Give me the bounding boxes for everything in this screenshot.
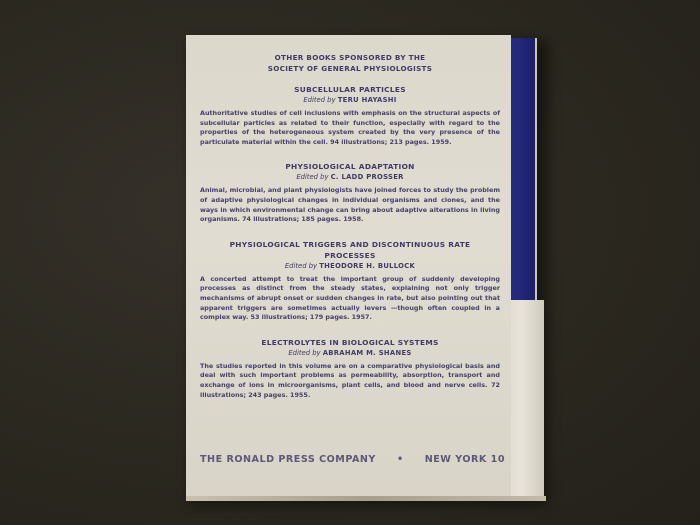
book-editor: Edited by ABRAHAM M. SHANES [200,348,500,359]
book-title: SUBCELLULAR PARTICLES [200,84,500,95]
book-title: PHYSIOLOGICAL TRIGGERS AND DISCONTINUOUS… [200,239,500,261]
editor-name: TERU HAYASHI [338,96,397,104]
book-description: Authoritative studies of cell inclusions… [200,109,500,147]
editor-name: ABRAHAM M. SHANES [323,349,412,357]
editor-prefix: Edited by [296,173,328,181]
book-description: Animal, microbial, and plant physiologis… [200,186,500,224]
editor-name: THEODORE H. BULLOCK [319,262,415,270]
cover-header: OTHER BOOKS SPONSORED BY THE SOCIETY OF … [200,52,500,74]
book-description: The studies reported in this volume are … [200,362,500,400]
book-editor: Edited by C. LADD PROSSER [200,172,500,183]
book-editor: Edited by THEODORE H. BULLOCK [200,261,500,272]
editor-prefix: Edited by [285,262,317,270]
editor-prefix: Edited by [303,96,335,104]
book-description: A concerted attempt to treat the importa… [200,275,500,323]
book-bottom-edge [186,496,546,501]
book-entry: SUBCELLULAR PARTICLES Edited by TERU HAY… [200,84,500,147]
separator-dot: • [397,454,404,465]
editor-prefix: Edited by [288,349,320,357]
publisher-footer: THE RONALD PRESS COMPANY • NEW YORK 10 [200,454,505,465]
book-editor: Edited by TERU HAYASHI [200,95,500,106]
header-line-2: SOCIETY OF GENERAL PHYSIOLOGISTS [200,63,500,74]
publisher-name: THE RONALD PRESS COMPANY [200,454,376,465]
publisher-city: NEW YORK 10 [425,454,505,465]
cover-text: OTHER BOOKS SPONSORED BY THE SOCIETY OF … [200,44,500,400]
book-entry: PHYSIOLOGICAL ADAPTATION Edited by C. LA… [200,161,500,224]
header-line-1: OTHER BOOKS SPONSORED BY THE [200,52,500,63]
book-entry: PHYSIOLOGICAL TRIGGERS AND DISCONTINUOUS… [200,239,500,323]
book-title: ELECTROLYTES IN BIOLOGICAL SYSTEMS [200,337,500,348]
book-entry: ELECTROLYTES IN BIOLOGICAL SYSTEMS Edite… [200,337,500,400]
book-title: PHYSIOLOGICAL ADAPTATION [200,161,500,172]
editor-name: C. LADD PROSSER [331,173,404,181]
